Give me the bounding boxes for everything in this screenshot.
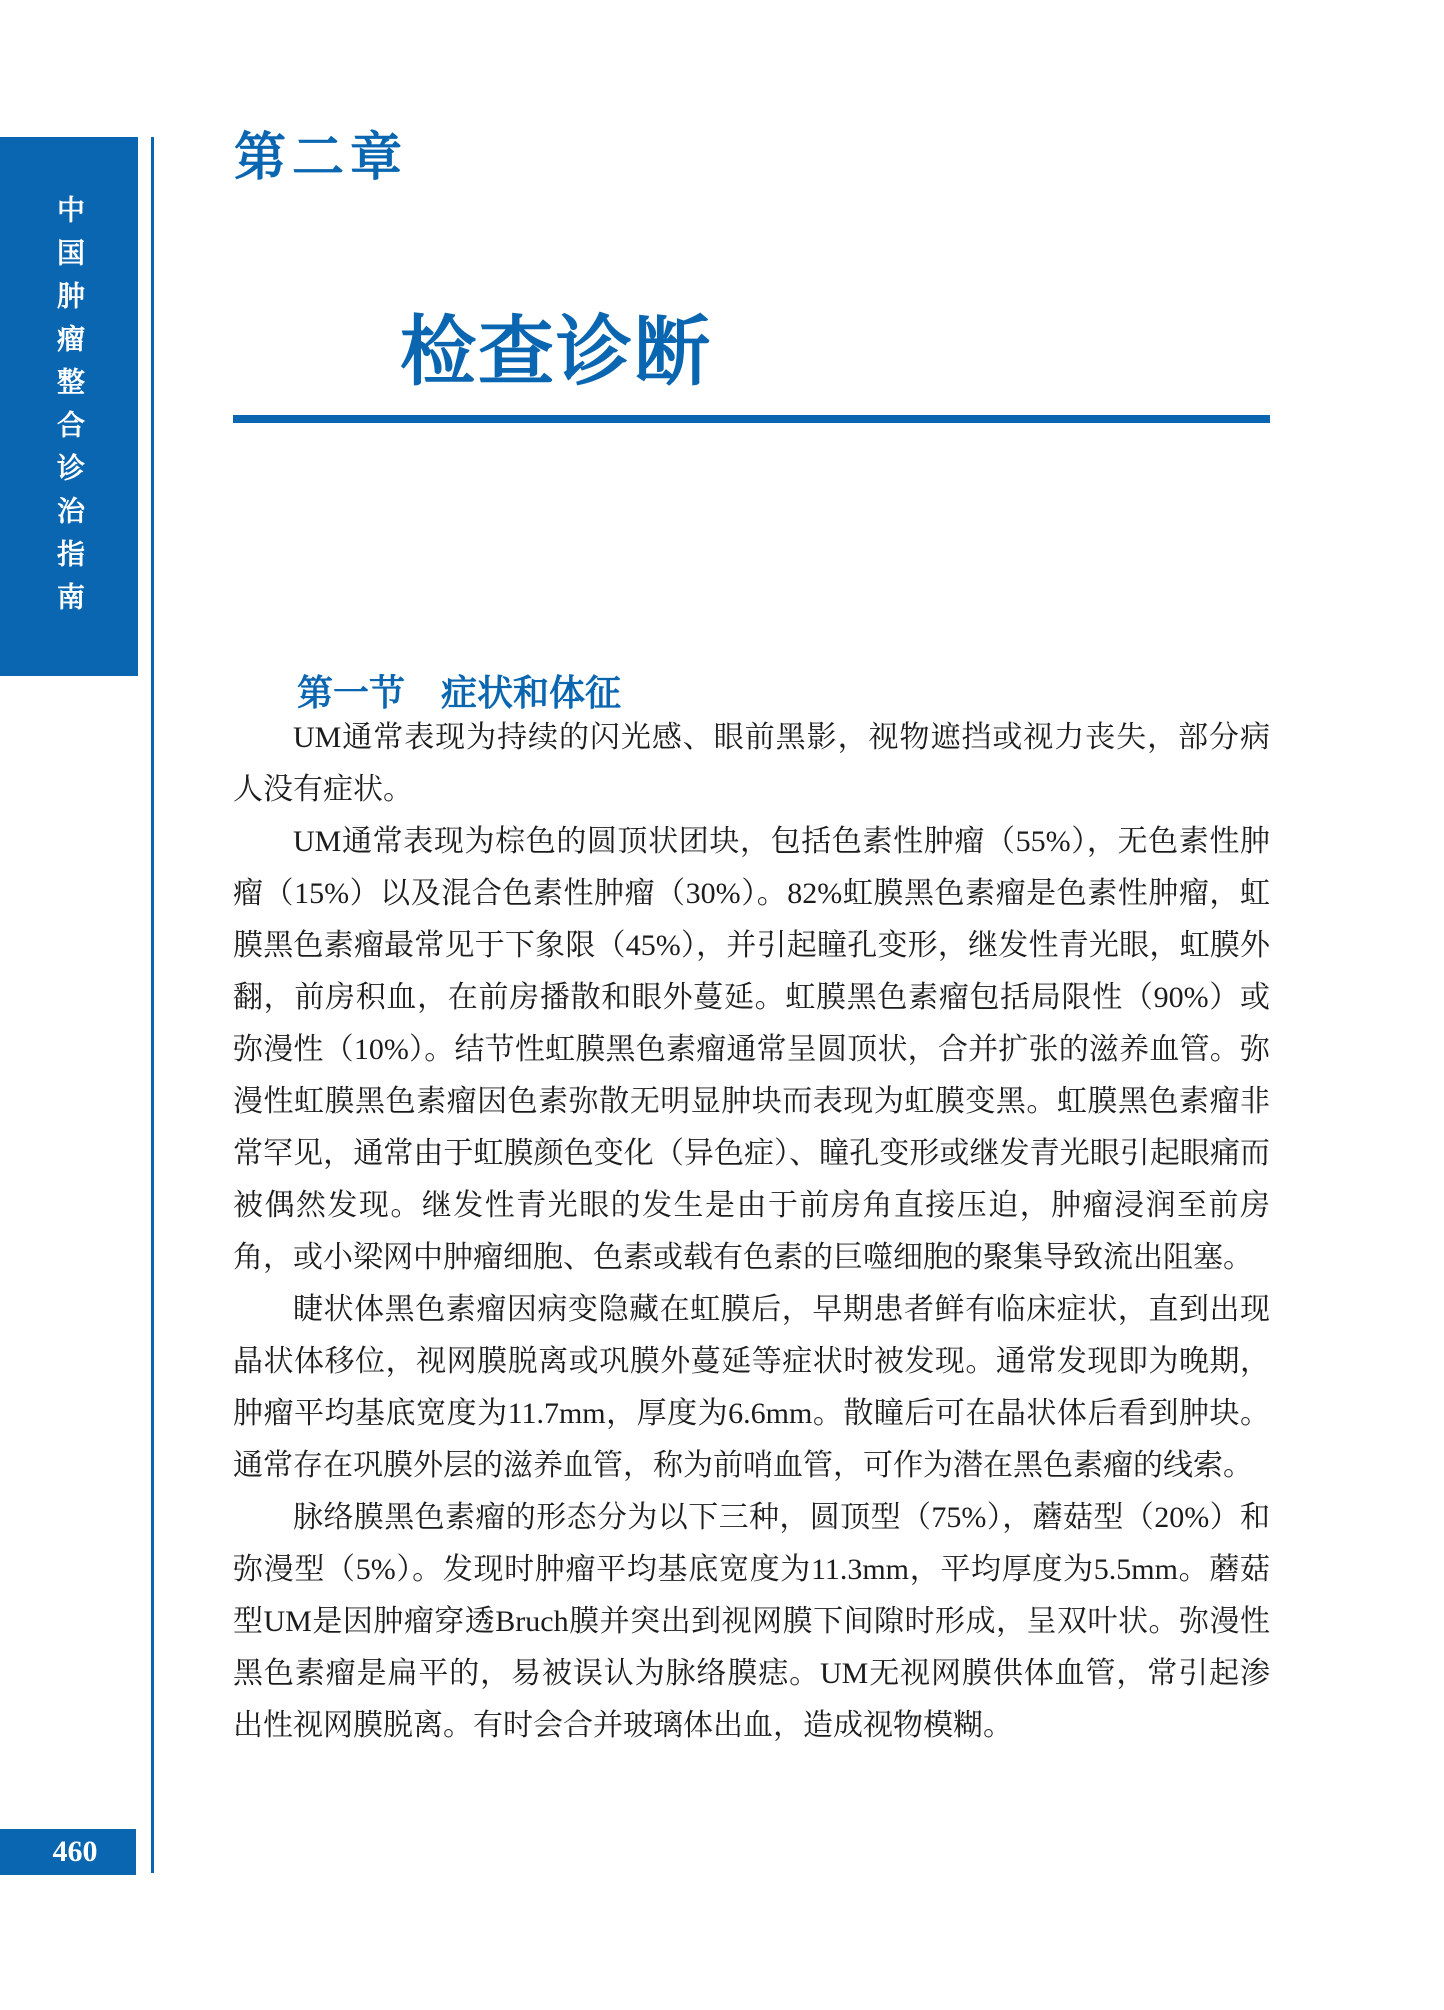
paragraph: 睫状体黑色素瘤因病变隐藏在虹膜后，早期患者鲜有临床症状，直到出现晶状体移位，视网… bbox=[233, 1284, 1270, 1492]
paragraph: UM通常表现为持续的闪光感、眼前黑影，视物遮挡或视力丧失，部分病人没有症状。 bbox=[233, 712, 1270, 816]
section-number: 第一节 bbox=[297, 673, 405, 713]
book-title-vertical: 中国肿瘤整合诊治指南 bbox=[49, 195, 89, 676]
section-title: 症状和体征 bbox=[441, 673, 621, 713]
page-number-badge: 460 bbox=[0, 1829, 136, 1875]
book-page: 中国肿瘤整合诊治指南 第二章 检查诊断 第一节症状和体征 UM通常表现为持续的闪… bbox=[0, 0, 1444, 2010]
paragraph: 脉络膜黑色素瘤的形态分为以下三种，圆顶型（75%），蘑菇型（20%）和弥漫型（5… bbox=[233, 1492, 1270, 1752]
content-divider-line bbox=[151, 137, 154, 1873]
title-underline-rule bbox=[233, 415, 1270, 423]
page-number: 460 bbox=[39, 1835, 98, 1869]
chapter-number: 第二章 bbox=[234, 128, 408, 188]
body-text: UM通常表现为持续的闪光感、眼前黑影，视物遮挡或视力丧失，部分病人没有症状。 U… bbox=[233, 712, 1270, 1752]
paragraph: UM通常表现为棕色的圆顶状团块，包括色素性肿瘤（55%），无色素性肿瘤（15%）… bbox=[233, 816, 1270, 1284]
section-heading: 第一节症状和体征 bbox=[297, 671, 621, 715]
book-spine-banner: 中国肿瘤整合诊治指南 bbox=[0, 137, 138, 676]
chapter-title: 检查诊断 bbox=[400, 309, 712, 397]
